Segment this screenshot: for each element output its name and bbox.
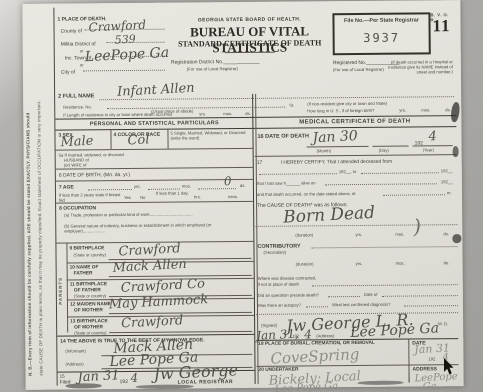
age-ds-value: 0 (224, 174, 232, 188)
mouse-cursor (443, 358, 455, 376)
father-birthplace-note: (State or country) (74, 293, 106, 298)
certify-num: 17 (257, 160, 263, 166)
parents-label-text: PARENTS (57, 248, 63, 334)
militia-district-label: Militia District of (61, 41, 96, 47)
informant-address-label: (Address) (65, 361, 83, 366)
husband-line3: (or) WIFE of (64, 162, 87, 167)
length-mos: mos. (223, 111, 232, 116)
age-yrs: yrs. (134, 184, 141, 189)
us-mos: mos. (421, 107, 430, 112)
certify-192b: 192__ (441, 168, 453, 173)
sex-cell-border (110, 129, 111, 149)
breastfed-label: If less than 2 years state if breast fed (59, 192, 123, 203)
mother-birthplace-line (109, 331, 252, 333)
date-of-death-value: Jan 30 (312, 128, 358, 146)
certify-at-line (383, 194, 445, 196)
scan-artifact (452, 234, 461, 243)
length-yrs: yrs. (199, 111, 206, 116)
certify-from-line (259, 173, 337, 175)
duration-label: (duration) (295, 232, 313, 237)
scan-artifact (358, 381, 404, 385)
dod-year-line (413, 145, 453, 146)
dod-month-note: (Month) (317, 148, 331, 153)
operation-line (328, 296, 360, 297)
dod-day-note: (Day) (379, 148, 389, 153)
parents-strip-border (66, 243, 68, 333)
us-yrs: yrs. (399, 108, 406, 113)
duration-ds: ds. (443, 231, 449, 236)
contributory-line (311, 246, 457, 248)
scan-artifact (66, 383, 102, 388)
duration-yrs: yrs. (355, 232, 362, 237)
mother-birthplace-value: Crawford (121, 313, 184, 331)
personal-section-header: PERSONAL AND STATISTICAL PARTICULARS (55, 120, 253, 128)
county-value: Crawford (88, 18, 146, 35)
registration-district-label: Registration District No._____________ (171, 59, 260, 66)
father-name-value: Mack Allen (112, 257, 187, 276)
rule-below-dod (255, 154, 457, 157)
date-of-death-label: 16 DATE OF DEATH (257, 133, 309, 139)
sex-value: Male (60, 134, 94, 151)
less-day-label: If less than 1 day, (156, 190, 189, 195)
age-ds-line (198, 188, 236, 189)
where-contracted-line2: if not at place of death (258, 282, 299, 287)
age-ds: ds. (240, 183, 246, 188)
undertaker-address-divider (408, 365, 409, 383)
age-yrs-line (88, 189, 132, 190)
hospital-note: (If death occurred in a Hospital or Inst… (385, 59, 453, 75)
scan-artifact (453, 146, 459, 157)
certify-line2: that I last saw h______ alive on (257, 180, 316, 186)
certificate-form: 1 PLACE OF DEATH. County of Crawford Mil… (53, 4, 458, 385)
burial-192: 192 (428, 356, 435, 361)
occupation-a: (a) Trade, profession or particular kind… (64, 211, 244, 218)
file-number-box: File No.—Per State Registrar 3937 (332, 12, 430, 55)
duration-flourish: ) (413, 214, 422, 238)
or-word-a: or (80, 48, 84, 53)
sign-192: 192 (292, 334, 299, 339)
scanned-death-certificate: { "margin": { "line1": "N. B.—Every item… (0, 0, 483, 392)
birthplace-note: (State or country) (73, 252, 105, 257)
dod-year-value: 4 (428, 129, 437, 144)
dod-year-note: (Year) (423, 147, 434, 152)
marital-label: 5 Single, Married, Widowed, or Divorced … (170, 130, 250, 141)
registered-no-note: (For use of Local Registrar) (333, 67, 384, 72)
city-label: City of (61, 69, 75, 75)
sign-address-label: (Address) (316, 333, 334, 338)
color-value: Col (127, 132, 150, 148)
certificate-paper: N. B.—Every item of information should b… (22, 0, 463, 390)
dod-month-line (307, 146, 369, 148)
date-of-line (382, 295, 458, 297)
duration-mos: mos. (395, 232, 404, 237)
certify-alive-line (325, 183, 437, 185)
margin-note-line1: N. B.—Every item of information should b… (24, 16, 32, 376)
filed-192: 192 (120, 379, 128, 385)
us-length-label: How long in U. S., if of foreign birth? (307, 108, 374, 114)
certify-m: m. (447, 190, 452, 195)
dod-day-line (373, 146, 409, 147)
certify-192a: 192__, to (339, 169, 357, 174)
full-name-label: 2 FULL NAME (58, 93, 94, 99)
where-contracted-line (312, 284, 458, 286)
or-word-b: or (80, 62, 84, 67)
parents-group-label: PARENTS (57, 248, 63, 334)
length-ds: ds. (245, 111, 251, 116)
filed-year-value: 4 (130, 371, 138, 385)
autopsy-line (306, 306, 328, 307)
certificate-title: STANDARD CERTIFICATE OF DEATH (165, 38, 335, 48)
test-label: What test confirmed diagnosis? (332, 302, 390, 308)
breastfed-no: No (140, 195, 145, 200)
breastfed-yes: Yes (124, 195, 131, 200)
where-contracted-line1: Where was disease contracted, (258, 275, 316, 281)
date-of-label: Date of (364, 292, 378, 297)
undertaker-address-line2: Ga (422, 381, 437, 392)
cause-of-death-value: Born Dead (283, 203, 376, 228)
full-name-value: Infant Allen (117, 81, 195, 100)
operation-label: Did an operation precede death? (258, 292, 319, 298)
color-cell-border (167, 129, 168, 149)
file-number-value: 3937 (335, 30, 429, 45)
residence-label: Residence. No. (63, 104, 92, 109)
district-value: 539 (114, 32, 136, 46)
mother-name-label-2: OF MOTHER (74, 308, 103, 314)
residence-length-label: If Length of residence in city or town w… (63, 112, 172, 118)
nonresident-note: (If non-resident give city or town and S… (307, 100, 455, 106)
certify-to-line (361, 172, 439, 174)
duration2-ds: ds. (444, 260, 450, 265)
street-label: St. (289, 103, 294, 108)
margin-note-line2: state CAUSE OF DEATH in plain terms, so … (35, 16, 43, 376)
father-name-label-2: FATHER (74, 271, 93, 277)
age-mos: mos. (182, 183, 191, 188)
medical-section-header: MEDICAL CERTIFICATE OF DEATH (253, 118, 456, 126)
age-label: 7 AGE (59, 184, 74, 190)
stamp-number-11: 11 (432, 16, 450, 36)
duration2-label: (duration) (296, 261, 314, 266)
medical-column: 16 DATE OF DEATH Jan 30 (Month) (Day) 19… (254, 126, 458, 384)
county-label: County of (61, 28, 82, 34)
less-day-hrs: hrs. (194, 194, 201, 199)
certify-line3: and that death occurred, on the date sta… (257, 191, 356, 197)
certify-line1: I HEREBY CERTIFY, That I attended deceas… (281, 160, 392, 167)
occupation-label: 8 OCCUPATION (59, 205, 96, 211)
secondary-note: (Secondary) (263, 250, 286, 255)
occupation-b: (b) General nature of industry, business… (64, 222, 244, 234)
autopsy-label: Was there an autopsy? (258, 302, 301, 307)
md-label: M. D. (438, 321, 448, 326)
informant-label: (Informant) (65, 348, 86, 353)
us-ds: ds. (445, 107, 451, 112)
certify-192c: 192__ (441, 179, 453, 184)
registration-district-note: (For use of Local Registrar) (187, 66, 238, 71)
scan-artifact (136, 384, 194, 389)
dob-label: 6 DATE OF BIRTH, (Mo. da. yr.) (59, 172, 130, 179)
margin-note-outer: N. B.—Every item of information should b… (24, 16, 32, 376)
test-line (404, 305, 458, 306)
margin-note-inner: state CAUSE OF DEATH in plain terms, so … (35, 16, 43, 376)
file-box-label: File No.—Per State Registrar (334, 17, 428, 24)
city-line (83, 70, 165, 72)
duration2-yrs: yrs. (356, 261, 363, 266)
less-day-mins: mins. (228, 194, 238, 199)
residence-line (107, 107, 285, 110)
duration2-mos: mos. (396, 261, 405, 266)
